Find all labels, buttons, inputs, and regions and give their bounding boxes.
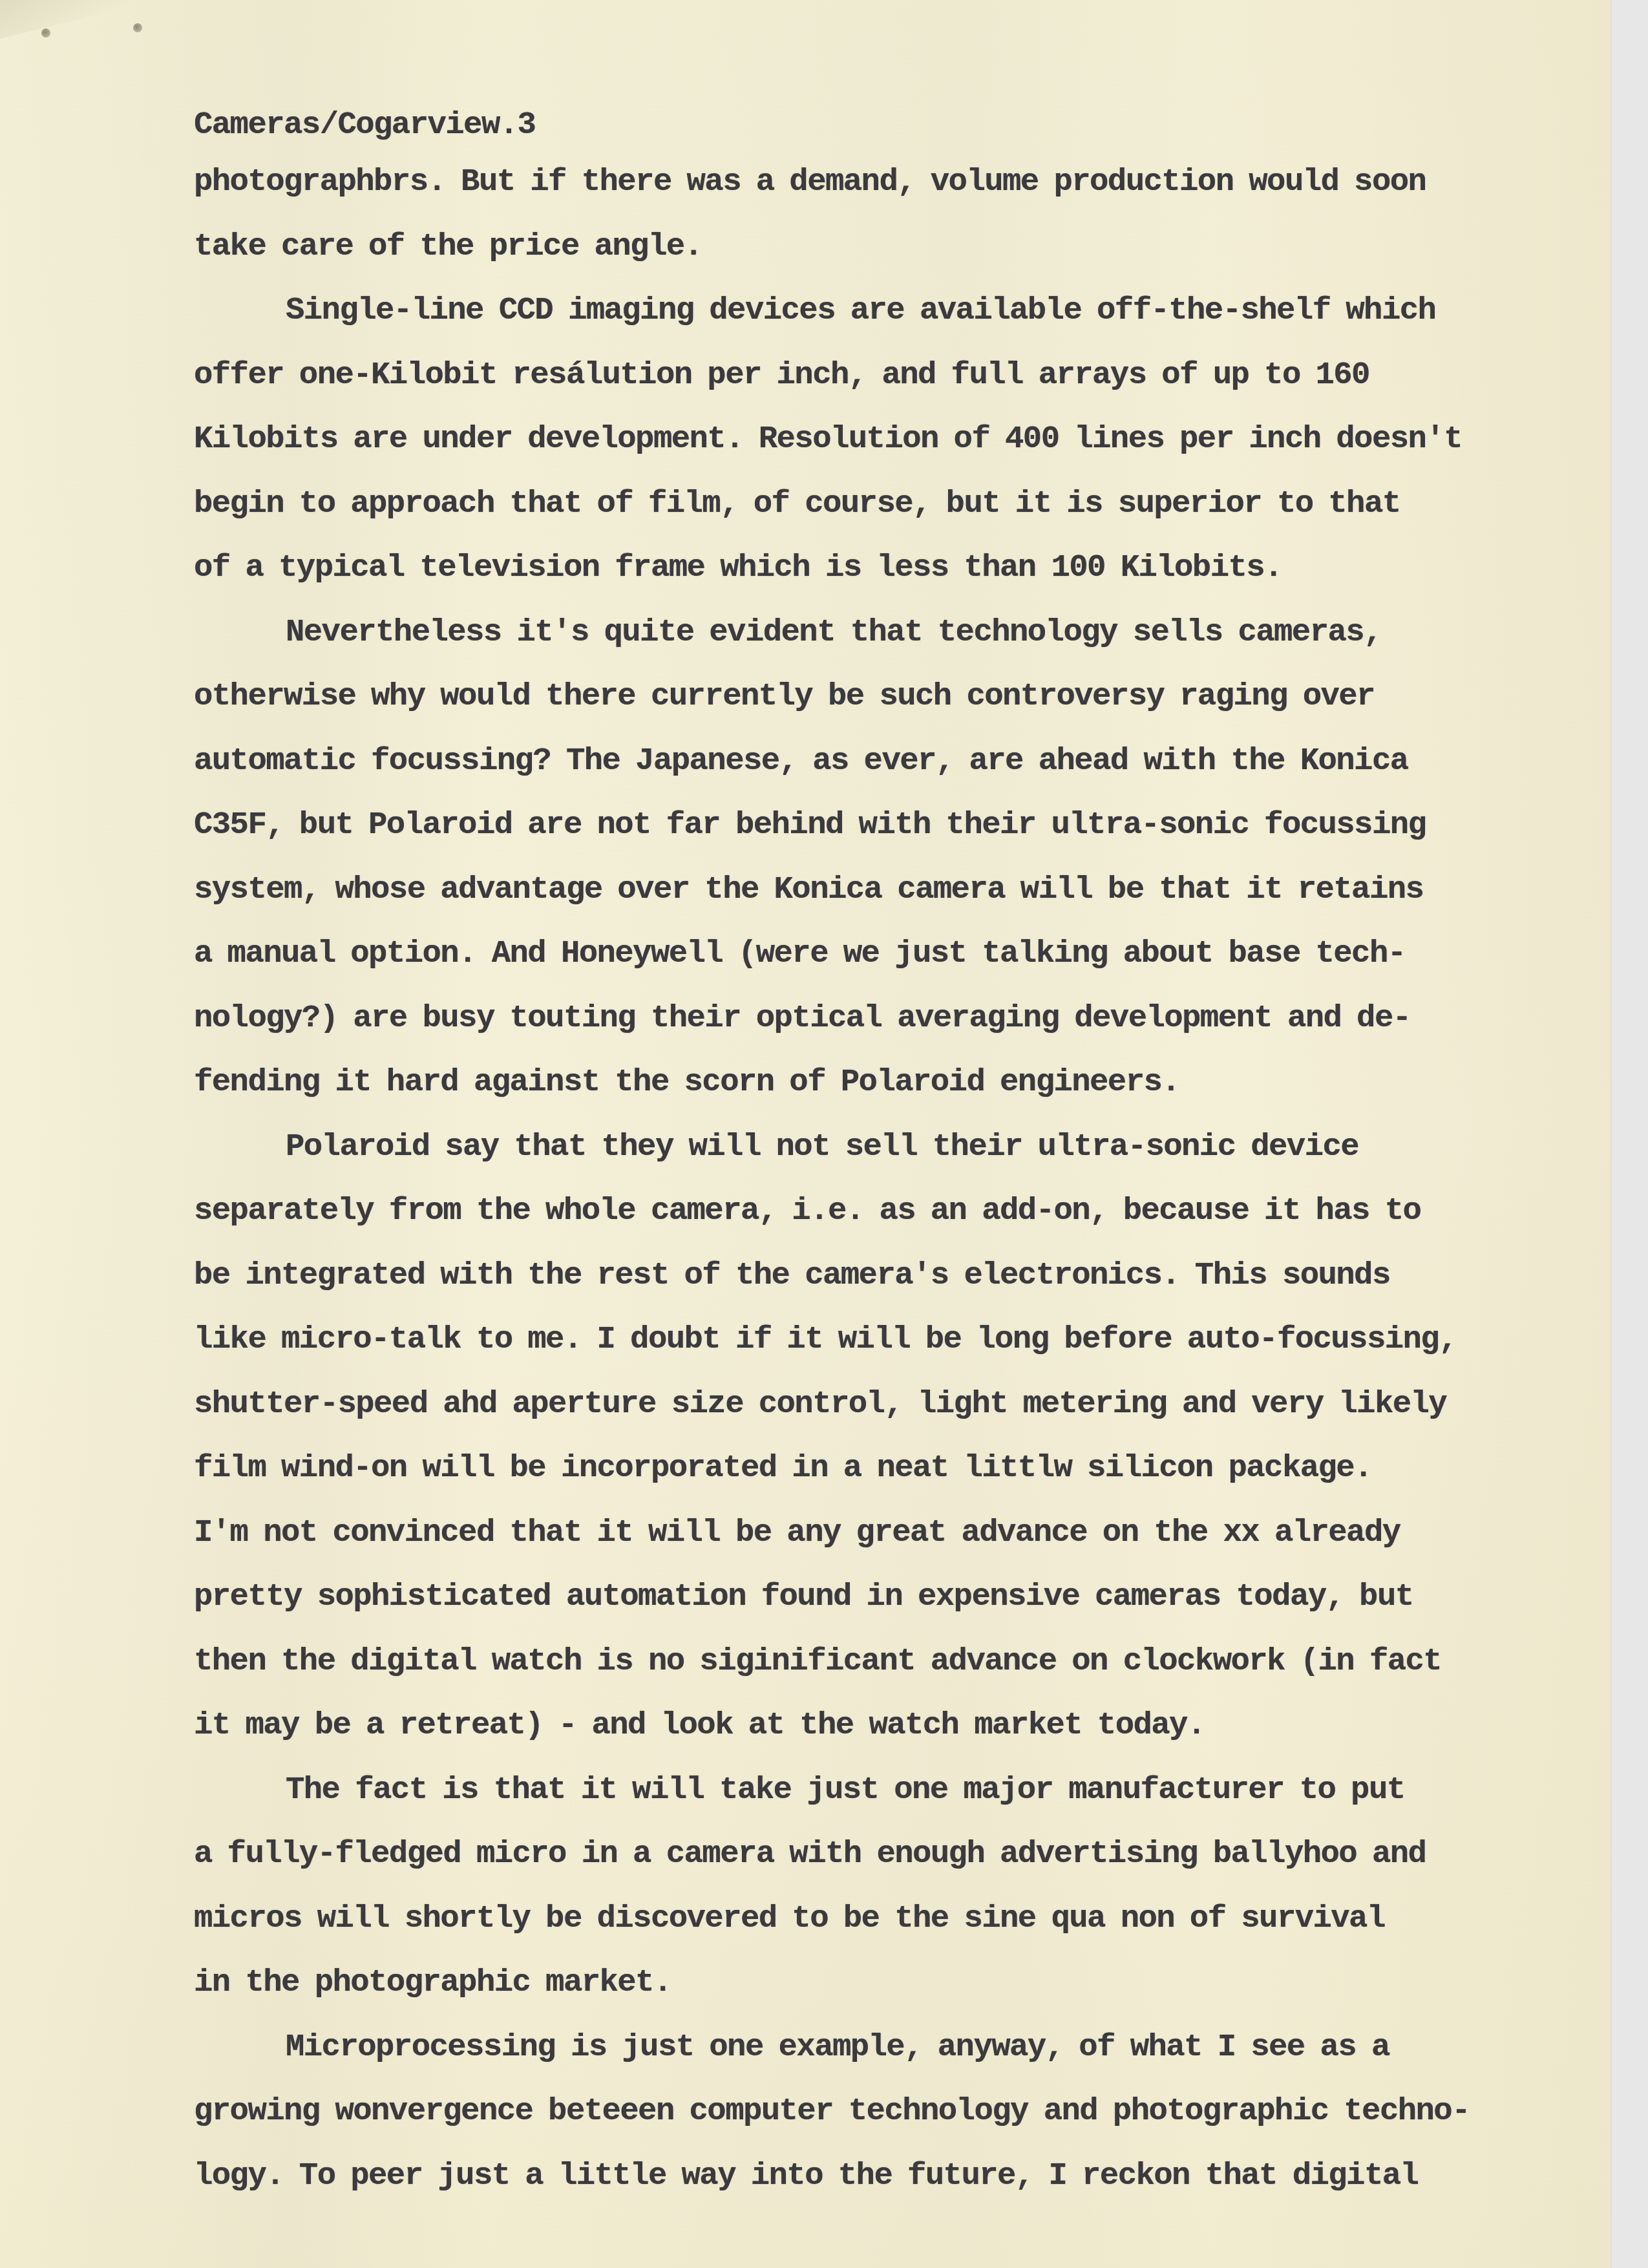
text-line: Kilobits are under development. Resoluti… xyxy=(194,407,1616,472)
text-line: of a typical television frame which is l… xyxy=(194,536,1616,600)
text-line: like micro-talk to me. I doubt if it wil… xyxy=(194,1308,1616,1372)
text-line: fending it hard against the scorn of Pol… xyxy=(194,1050,1616,1115)
text-line: separately from the whole camera, i.e. a… xyxy=(194,1179,1616,1244)
text-line: micros will shortly be discovered to be … xyxy=(194,1887,1616,1951)
text-line: C35F, but Polaroid are not far behind wi… xyxy=(194,793,1616,858)
text-line: I'm not convinced that it will be any gr… xyxy=(194,1501,1616,1565)
text-line: film wind-on will be incorporated in a n… xyxy=(194,1436,1616,1501)
text-line: it may be a retreat) - and look at the w… xyxy=(194,1693,1616,1758)
text-line: system, whose advantage over the Konica … xyxy=(194,858,1616,922)
text-line: take care of the price angle. xyxy=(194,215,1616,279)
text-line: then the digital watch is no siginifican… xyxy=(194,1629,1616,1694)
text-line: pretty sophisticated automation found in… xyxy=(194,1565,1616,1629)
text-line: otherwise why would there currently be s… xyxy=(194,664,1616,729)
typewritten-page: Cameras/Cogarview.3 photographbrs. But i… xyxy=(0,0,1611,2268)
text-line: a manual option. And Honeywell (were we … xyxy=(194,922,1616,986)
text-line: a fully-fledged micro in a camera with e… xyxy=(194,1822,1616,1887)
text-line: The fact is that it will take just one m… xyxy=(194,1758,1616,1823)
document-body: Cameras/Cogarview.3 photographbrs. But i… xyxy=(194,102,1616,2208)
text-line: be integrated with the rest of the camer… xyxy=(194,1244,1616,1308)
text-line: shutter-speed ahd aperture size control,… xyxy=(194,1372,1616,1437)
punch-hole-icon xyxy=(41,28,50,37)
text-line: logy. To peer just a little way into the… xyxy=(194,2144,1616,2209)
punch-hole-icon xyxy=(133,23,142,32)
paper-fold-shadow xyxy=(0,0,213,39)
text-line: in the photographic market. xyxy=(194,1951,1616,2015)
text-line: photographbrs. But if there was a demand… xyxy=(194,150,1616,215)
text-line: Nevertheless it's quite evident that tec… xyxy=(194,600,1616,665)
text-line: offer one-Kilobit resálution per inch, a… xyxy=(194,343,1616,408)
text-line: begin to approach that of film, of cours… xyxy=(194,472,1616,536)
text-line: Microprocessing is just one example, any… xyxy=(194,2015,1616,2080)
page-header: Cameras/Cogarview.3 xyxy=(194,102,1616,147)
text-line: automatic focussing? The Japanese, as ev… xyxy=(194,729,1616,794)
text-line: Polaroid say that they will not sell the… xyxy=(194,1115,1616,1180)
text-line: growing wonvergence beteeen computer tec… xyxy=(194,2079,1616,2144)
body-lines: photographbrs. But if there was a demand… xyxy=(194,150,1616,2208)
text-line: Single-line CCD imaging devices are avai… xyxy=(194,279,1616,343)
text-line: nology?) are busy touting their optical … xyxy=(194,986,1616,1051)
